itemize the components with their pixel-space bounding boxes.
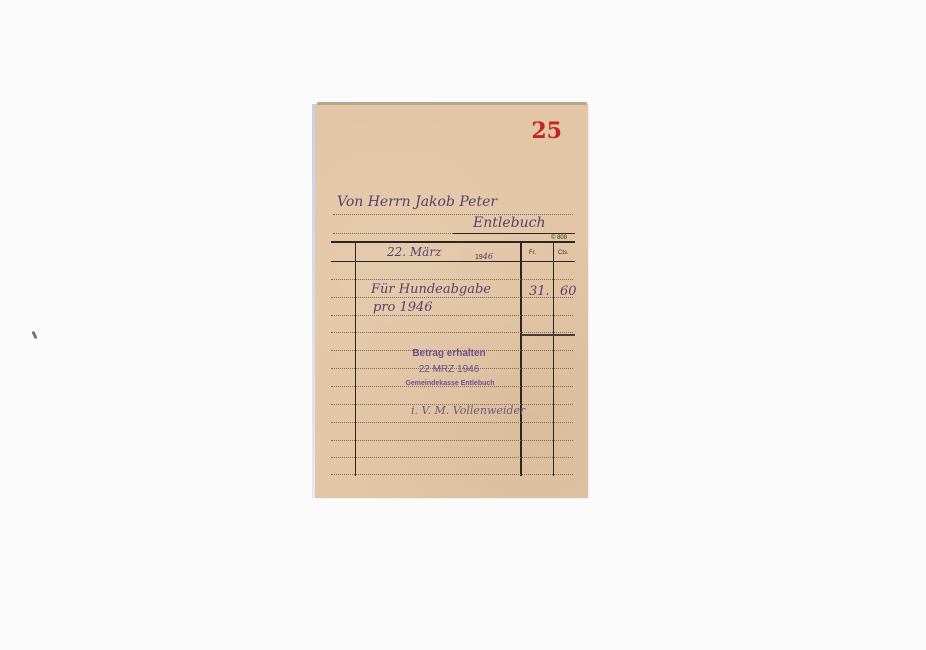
header-top-rule xyxy=(331,241,575,243)
receipt-document: 25 Von Herrn Jakob Peter Entlebuch © 808… xyxy=(315,104,588,498)
stamp-line3: Gemeindekasse Entlebuch xyxy=(391,380,509,387)
date-year-prefix: 19 xyxy=(475,254,483,261)
item-amount-francs: 31. xyxy=(529,284,550,299)
item-amount-centimes: 60 xyxy=(560,284,577,299)
date-day-month: 22. März xyxy=(387,245,441,259)
payer-prefix: Von Herrn xyxy=(337,194,411,210)
dotted-rule xyxy=(331,279,573,280)
date-year-field: 1946 xyxy=(475,252,493,261)
dotted-rule xyxy=(331,332,573,333)
paper-top-edge xyxy=(317,102,587,105)
dotted-rule xyxy=(331,315,573,316)
dotted-rule xyxy=(333,233,453,234)
column-header-francs: Fr. xyxy=(529,250,536,256)
payer-place: Entlebuch xyxy=(473,215,545,231)
column-header-centimes: Cts. xyxy=(558,250,569,256)
receipt-number: 25 xyxy=(531,118,562,144)
total-rule xyxy=(521,334,575,336)
underline-rule xyxy=(453,233,575,234)
stamp-line1: Betrag erhalten xyxy=(401,348,497,359)
header-bottom-rule xyxy=(331,261,575,262)
signature: i. V. M. Vollenweider xyxy=(411,404,525,417)
dotted-rule xyxy=(331,474,573,475)
dotted-rule xyxy=(331,422,573,423)
item-description-line1: Für Hundeabgabe xyxy=(371,282,491,297)
dotted-rule xyxy=(331,440,573,441)
stamp-date: 22 MRZ 1946 xyxy=(401,364,497,375)
payer-line: Von Herrn Jakob Peter xyxy=(337,194,497,210)
item-description-line2: pro 1946 xyxy=(373,300,433,315)
dotted-rule xyxy=(331,457,573,458)
payer-name: Jakob Peter xyxy=(415,194,497,210)
date-year-suffix: 46 xyxy=(483,252,493,261)
dust-speck xyxy=(31,331,37,340)
